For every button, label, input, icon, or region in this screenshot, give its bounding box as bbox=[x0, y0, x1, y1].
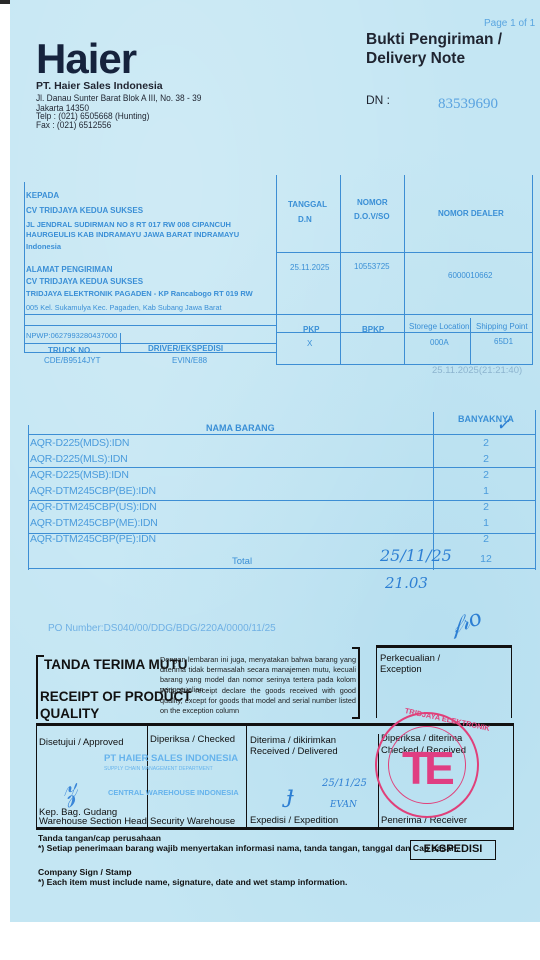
copy-label-ekspedisi: EKSPEDISI bbox=[410, 840, 496, 860]
shipping-point-value: 65D1 bbox=[494, 337, 513, 346]
kepada-name: CV TRIDJAYA KEDUA SUKSES bbox=[26, 206, 143, 215]
pkp-value: X bbox=[307, 339, 312, 348]
received-label-en: Received / Delivered bbox=[250, 746, 338, 757]
approved-role-en: Warehouse Section Head bbox=[39, 816, 147, 827]
item-name: AQR-DTM245CBP(ME):IDN bbox=[30, 517, 158, 529]
exception-label-en: Exception bbox=[380, 664, 422, 675]
document-title: Bukti Pengiriman / bbox=[366, 31, 502, 49]
kepada-label: KEPADA bbox=[26, 191, 59, 200]
company-stamp-line2: SUPPLY CHAIN MANAGEMENT DEPARTMENT bbox=[104, 766, 213, 772]
quality-text-en: With this receipt declare the goods rece… bbox=[160, 686, 356, 716]
tanggal-sub: D.N bbox=[298, 215, 312, 224]
company-stamp-line1: PT HAIER SALES INDONESIA bbox=[104, 753, 238, 764]
received-handwritten-date: 25/11/25 bbox=[322, 778, 367, 789]
item-qty: 1 bbox=[476, 485, 496, 497]
alamat-label: ALAMAT PENGIRIMAN bbox=[26, 265, 113, 274]
document-title-english: Delivery Note bbox=[366, 50, 465, 68]
footer-sign-id: Tanda tangan/cap perusahaan bbox=[38, 833, 161, 843]
truck-label: TRUCK NO. bbox=[48, 346, 92, 355]
footer-note-id: *) Setiap penerimaan barang wajib menyer… bbox=[38, 843, 459, 853]
storage-location-value: 000A bbox=[430, 338, 449, 347]
item-qty: 1 bbox=[476, 517, 496, 529]
footer-sign-en: Company Sign / Stamp bbox=[38, 867, 132, 877]
exception-field[interactable] bbox=[378, 680, 510, 716]
po-number: PO Number:DS040/00/DDG/BDG/220A/0000/11/… bbox=[48, 623, 276, 634]
item-qty: 2 bbox=[476, 533, 496, 545]
total-label: Total bbox=[232, 556, 252, 567]
alamat-address: 005 Kel. Sukamulya Kec. Pagaden, Kab Sub… bbox=[26, 303, 222, 312]
checkmark-icon: ✓ bbox=[496, 414, 511, 435]
dealer-value: 6000010662 bbox=[448, 271, 493, 280]
alamat-address: TRIDJAYA ELEKTRONIK PAGADEN - KP Rancabo… bbox=[26, 289, 253, 298]
checked-role: Security Warehouse bbox=[150, 816, 235, 827]
received-label: Diterima / dikirimkan bbox=[250, 735, 336, 746]
page-indicator: Page 1 of 1 bbox=[484, 18, 535, 29]
tanggal-label: TANGGAL bbox=[288, 200, 327, 209]
driver-value: EVIN/E88 bbox=[172, 356, 207, 365]
item-name: AQR-DTM245CBP(PE):IDN bbox=[30, 533, 156, 545]
item-name: AQR-D225(MSB):IDN bbox=[30, 469, 129, 481]
nama-barang-header: NAMA BARANG bbox=[206, 423, 275, 433]
item-qty: 2 bbox=[476, 501, 496, 513]
kepada-address: JL JENDRAL SUDIRMAN NO 8 RT 017 RW 008 C… bbox=[26, 220, 231, 229]
footer-note-en: *) Each item must include name, signatur… bbox=[38, 877, 347, 887]
dealer-label: NOMOR DEALER bbox=[438, 209, 504, 218]
approved-label: Disetujui / Approved bbox=[39, 737, 124, 748]
dealer-stamp-logo: TE bbox=[402, 741, 449, 795]
total-value: 12 bbox=[476, 553, 496, 565]
quality-title-en-2: QUALITY bbox=[40, 706, 99, 721]
received-handwritten-name: EVAN bbox=[330, 800, 357, 810]
received-role: Expedisi / Expedition bbox=[250, 815, 338, 826]
item-qty: 2 bbox=[476, 469, 496, 481]
dn-label: DN : bbox=[366, 93, 390, 107]
handwritten-time: 21.03 bbox=[385, 574, 428, 592]
nomor-sub: D.O.V/SO bbox=[354, 212, 390, 221]
handwritten-date: 25/11/25 bbox=[380, 546, 452, 565]
alamat-name: CV TRIDJAYA KEDUA SUKSES bbox=[26, 277, 143, 286]
haier-logo: Haier bbox=[36, 35, 136, 83]
dn-number: 83539690 bbox=[438, 96, 498, 113]
company-fax: Fax : (021) 6512556 bbox=[36, 120, 111, 131]
kepada-address: HAURGEULIS KAB INDRAMAYU JAWA BARAT INDR… bbox=[26, 230, 239, 239]
print-timestamp: 25.11.2025(21:21:40) bbox=[432, 365, 522, 376]
item-qty: 2 bbox=[476, 437, 496, 449]
company-stamp-line3: CENTRAL WAREHOUSE INDONESIA bbox=[108, 788, 239, 797]
nomor-label: NOMOR bbox=[357, 198, 388, 207]
item-name: AQR-DTM245CBP(US):IDN bbox=[30, 501, 156, 513]
company-name: PT. Haier Sales Indonesia bbox=[36, 80, 163, 92]
driver-label: DRIVER/EKSPEDISI bbox=[148, 344, 223, 353]
bpkp-label: BPKP bbox=[362, 325, 384, 334]
exception-label: Perkecualian / bbox=[380, 653, 440, 664]
shipping-point-label: Shipping Point bbox=[476, 322, 528, 331]
storage-location-label: Storege Location bbox=[409, 322, 470, 331]
received-signature: ɟ bbox=[286, 780, 294, 808]
item-name: AQR-D225(MLS):IDN bbox=[30, 453, 128, 465]
item-name: AQR-D225(MDS):IDN bbox=[30, 437, 129, 449]
kepada-country: Indonesia bbox=[26, 242, 61, 251]
checked-label: Diperiksa / Checked bbox=[150, 734, 235, 745]
pkp-label: PKP bbox=[303, 325, 319, 334]
truck-value: CDE/B9514JYT bbox=[44, 356, 100, 365]
npwp: NPWP:0627993280437000 bbox=[26, 331, 117, 340]
item-name: AQR-DTM245CBP(BE):IDN bbox=[30, 485, 156, 497]
nomor-value: 10553725 bbox=[354, 262, 390, 271]
item-qty: 2 bbox=[476, 453, 496, 465]
tanggal-value: 25.11.2025 bbox=[290, 263, 329, 272]
